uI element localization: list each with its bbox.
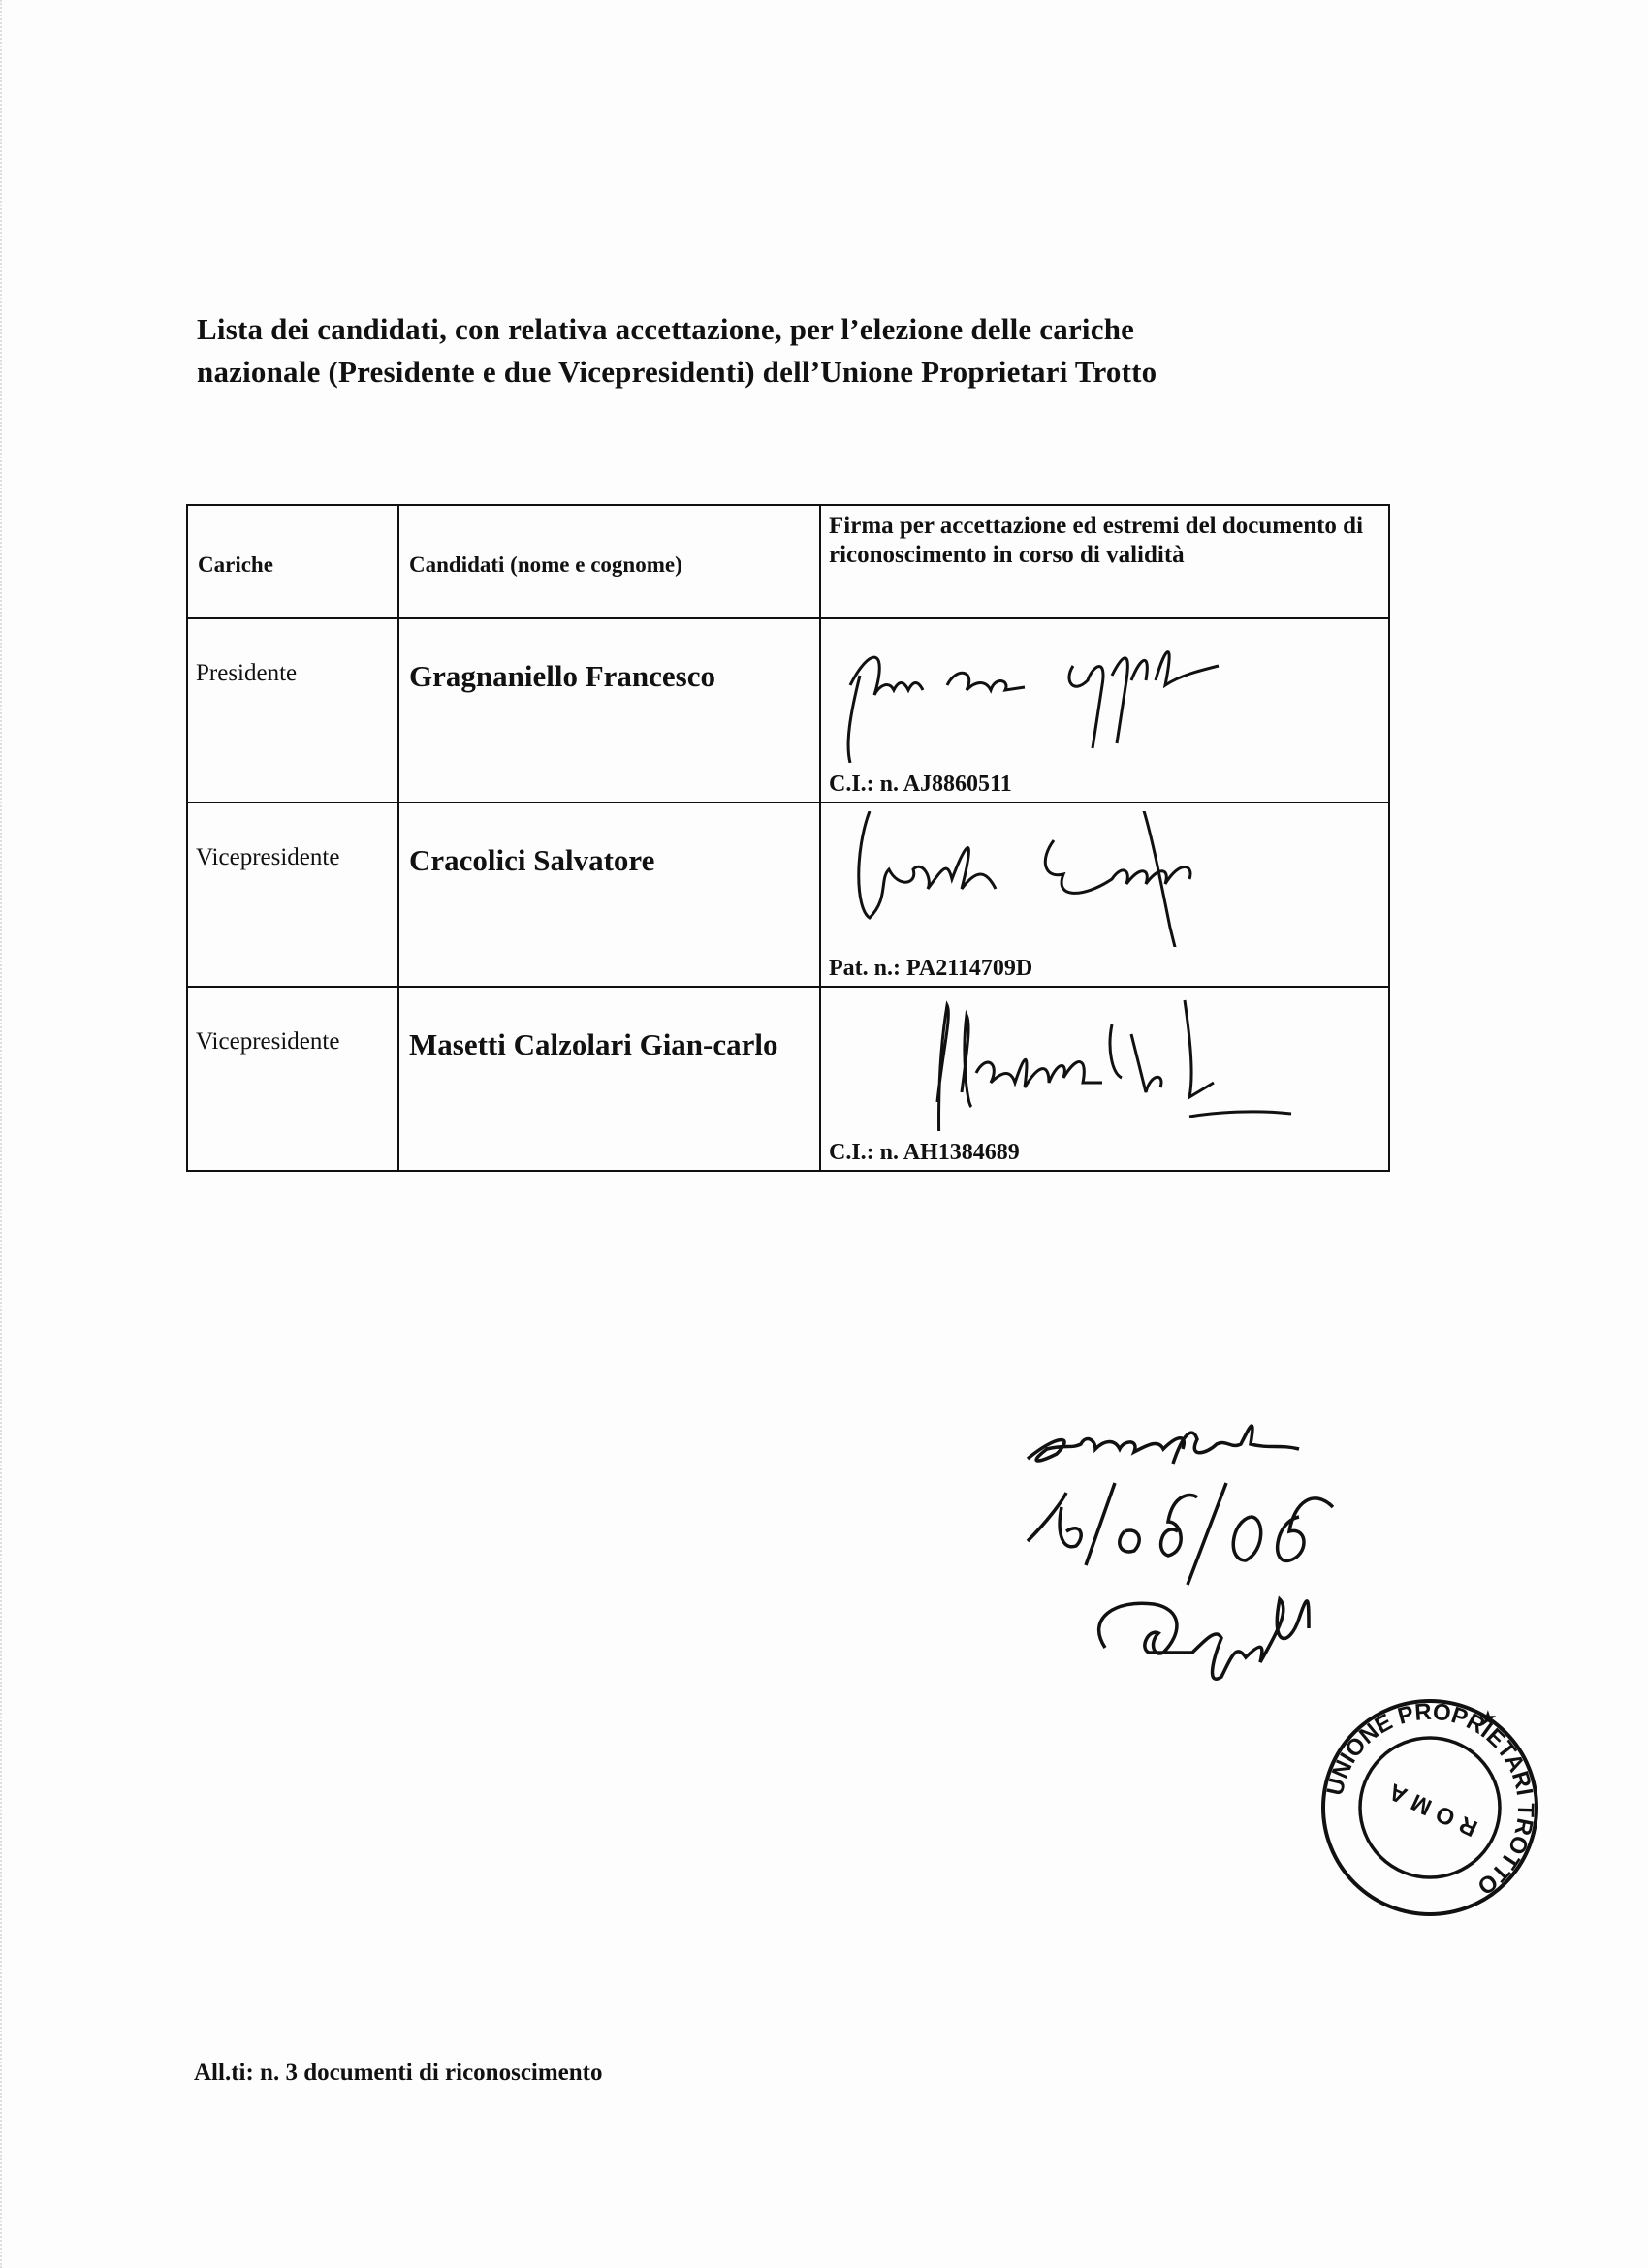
- document-title: Lista dei candidati, con relativa accett…: [197, 308, 1399, 394]
- star-icon: ★: [1478, 1706, 1498, 1730]
- header-firma: Firma per accettazione ed estremi del do…: [820, 505, 1389, 618]
- document-id: Pat. n.: PA2114709D: [829, 956, 1032, 982]
- title-line-1: Lista dei candidati, con relativa accett…: [197, 308, 1399, 351]
- signature-icon: [831, 627, 1374, 763]
- header-cariche: Cariche: [187, 505, 398, 618]
- scan-edge-artifact: [0, 0, 12, 2268]
- document-id: C.I.: n. AH1384689: [829, 1140, 1020, 1166]
- document-page: Lista dei candidati, con relativa accett…: [0, 0, 1648, 2268]
- title-line-2: nazionale (Presidente e due Vicepresiden…: [197, 351, 1399, 394]
- role-cell: Vicepresidente: [188, 988, 397, 1055]
- table-row: Presidente Gragnaniello Francesco C.I.: …: [187, 618, 1389, 803]
- signature-cell: Pat. n.: PA2114709D: [820, 803, 1389, 987]
- table-header-row: Cariche Candidati (nome e cognome) Firma…: [187, 505, 1389, 618]
- candidate-name: Masetti Calzolari Gian-carlo: [399, 988, 819, 1063]
- candidate-name: Cracolici Salvatore: [399, 803, 819, 879]
- official-stamp-icon: UNIONE PROPRIETARI TROTTO ROMA ★: [1309, 1686, 1551, 1929]
- table-row: Vicepresidente Cracolici Salvatore Pat. …: [187, 803, 1389, 987]
- signature-icon: [831, 995, 1374, 1131]
- signature-cell: C.I.: n. AJ8860511: [820, 618, 1389, 803]
- role-cell: Presidente: [188, 619, 397, 687]
- header-candidati: Candidati (nome e cognome): [398, 505, 820, 618]
- signature-cell: C.I.: n. AH1384689: [820, 987, 1389, 1171]
- signature-icon: [831, 811, 1374, 947]
- svg-text:ROMA: ROMA: [1378, 1775, 1481, 1842]
- candidates-table: Cariche Candidati (nome e cognome) Firma…: [186, 504, 1390, 1172]
- role-cell: Vicepresidente: [188, 803, 397, 871]
- table-row: Vicepresidente Masetti Calzolari Gian-ca…: [187, 987, 1389, 1171]
- attachments-note: All.ti: n. 3 documenti di riconoscimento: [194, 2060, 603, 2087]
- candidate-name: Gragnaniello Francesco: [399, 619, 819, 695]
- document-id: C.I.: n. AJ8860511: [829, 772, 1012, 798]
